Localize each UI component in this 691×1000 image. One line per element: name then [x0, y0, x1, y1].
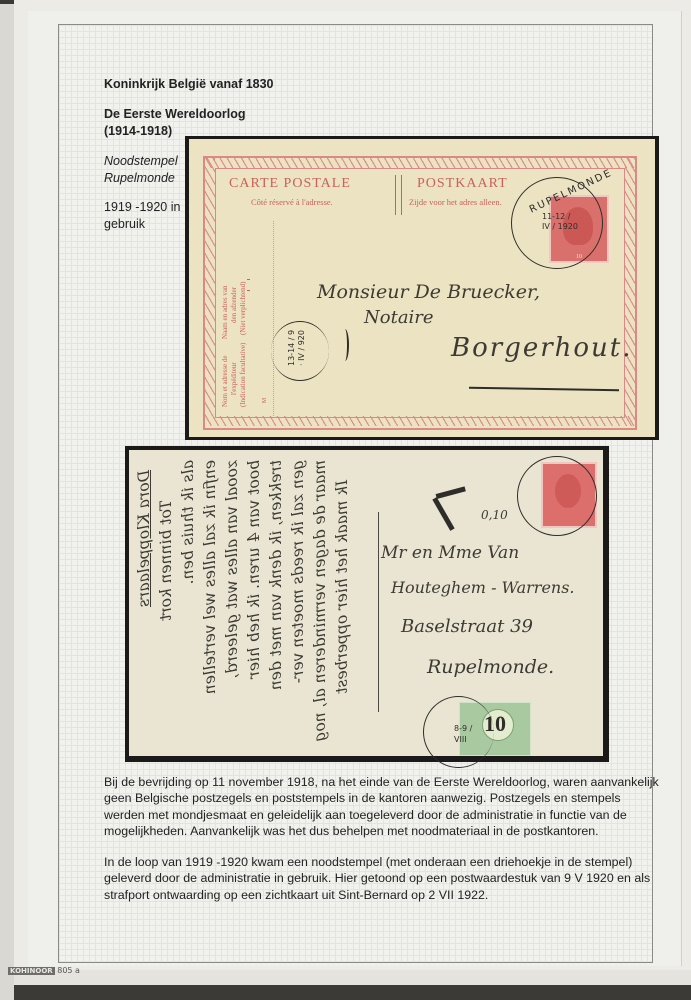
section-title-line1: De Eerste Wereldoorlog: [104, 106, 245, 123]
description-paragraph-2: In de loop van 1919 -1920 kwam een noods…: [104, 854, 664, 903]
zigzag-left: [205, 158, 215, 426]
collection-title: Koninkrijk België vanaf 1830: [104, 76, 274, 93]
period-line2: gebruik: [104, 216, 180, 233]
message-line-6: zooal van alles wat geleerd,: [221, 460, 243, 750]
page-number: 805 a: [57, 966, 80, 975]
address-line-2: Notaire: [364, 307, 434, 328]
header-divider: [395, 175, 402, 215]
message-line-1: Ik maak het hier opperbest: [331, 460, 353, 750]
sender-dotted-line: [273, 221, 274, 416]
sender-fr-line2: l'expéditeur: [230, 343, 239, 407]
topic-line1: Noodstempel: [104, 153, 178, 170]
handwritten-message: Dora Kloppelaars Tot binnen kort als ik …: [133, 460, 373, 750]
album-background: Koninkrijk België vanaf 1830 De Eerste W…: [0, 0, 691, 1000]
message-line-3: gen zal ik reeds moeten ver-: [287, 460, 309, 750]
recipient-line-2: Houteghem - Warrens.: [391, 578, 575, 597]
recipient-line-3: Baselstraat 39: [401, 616, 533, 637]
brand-logo: KOHINOOR: [8, 967, 55, 975]
postal-card: CARTE POSTALE Côté réservé à l'adresse. …: [189, 139, 655, 437]
message-line-7: enfin ik zal alles wel vertellen: [199, 460, 221, 750]
origin-postmark: [517, 456, 597, 536]
sender-fr-line3: (Indication facultative): [239, 343, 248, 407]
sender-divider: [247, 279, 250, 291]
topic-label: Noodstempel Rupelmonde: [104, 153, 178, 187]
message-line-5: boot van 4 uren. ik heb hier: [243, 460, 265, 750]
message-block: Dora Kloppelaars Tot binnen kort als ik …: [133, 460, 353, 750]
album-bottom-shadow: [14, 985, 691, 1000]
tax-postmark-date: 8-9 / VIII: [454, 723, 484, 745]
postcard: Dora Kloppelaars Tot binnen kort als ik …: [129, 450, 603, 756]
message-line-2: maar de dagen verminderen al, nog: [309, 460, 331, 750]
postcard-mount: Dora Kloppelaars Tot binnen kort als ik …: [125, 446, 609, 762]
period-label: 1919 -1920 in gebruik: [104, 199, 180, 233]
zigzag-top: [205, 158, 635, 168]
message-signature: Dora Kloppelaars: [133, 460, 155, 750]
period-line1: 1919 -1920 in: [104, 199, 180, 216]
address-line-3: Borgerhout.: [451, 333, 633, 363]
description-paragraph-1: Bij de bevrijding op 11 november 1918, n…: [104, 774, 664, 839]
rupelmonde-postmark: RUPELMONDE 11-12 / IV / 1920: [511, 177, 603, 269]
postmark-date: 11-12 / IV / 1920: [542, 212, 578, 232]
message-line-8: als ik thuis ben.: [177, 460, 199, 750]
tax-postmark: 8-9 / VIII: [423, 696, 494, 768]
due-amount: 0,10: [481, 508, 508, 522]
subheader-fr: Côté réservé à l'adresse.: [251, 197, 333, 207]
recipient-line-4: Rupelmonde.: [427, 656, 554, 678]
subheader-nl: Zijde voor het adres alleen.: [409, 197, 502, 207]
postal-card-mount: CARTE POSTALE Côté réservé à l'adresse. …: [185, 136, 659, 440]
arrival-postmark-date: 13-14 / 9 · IV / 920: [287, 326, 307, 366]
page-footer: KOHINOOR 805 a: [8, 966, 80, 975]
page-bottom-edge: [14, 970, 691, 985]
recipient-line-1: Mr en Mme Van: [381, 543, 519, 563]
sender-box-fr: Nom et adresse de l'expéditeur (Indicati…: [219, 299, 259, 419]
zigzag-right: [625, 158, 635, 426]
header-nl: POSTKAART: [417, 176, 508, 192]
message-line-4: trekken, ik denk van met den: [265, 460, 287, 750]
sender-fr-line1: Nom et adresse de: [221, 343, 230, 407]
album-spine: [0, 0, 14, 1000]
spine-edge: [0, 0, 14, 4]
postmark-fragment: [341, 329, 349, 361]
arrival-postmark: 13-14 / 9 · IV / 920: [271, 321, 329, 381]
topic-line2: Rupelmonde: [104, 170, 178, 187]
address-line-1: Monsieur De Bruecker,: [317, 281, 540, 303]
postcard-divider: [378, 512, 379, 712]
message-line-9: Tot binnen kort: [155, 460, 177, 750]
header-fr: CARTE POSTALE: [229, 176, 351, 192]
section-title: De Eerste Wereldoorlog (1914-1918): [104, 106, 245, 140]
sender-m-label: M: [262, 397, 268, 403]
